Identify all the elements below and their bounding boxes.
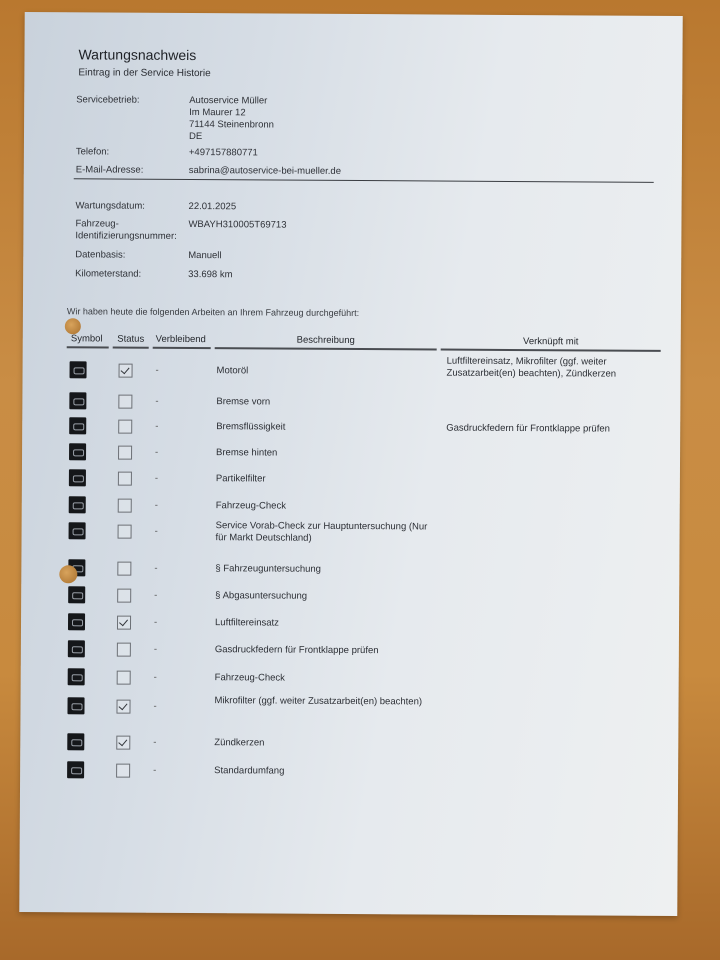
linked-items xyxy=(444,739,644,740)
standard-scope-icon xyxy=(67,761,84,778)
table-row: -§ Fahrzeuguntersuchung xyxy=(21,559,679,563)
status-checkbox[interactable] xyxy=(117,671,131,685)
header-symbol: Symbol xyxy=(67,333,107,344)
table-row: -MotorölLuftfiltereinsatz, Mikrofilter (… xyxy=(23,361,681,365)
mileage-value: 33.698 km xyxy=(188,269,232,281)
source-value: Manuell xyxy=(188,250,221,262)
gas-spring-icon xyxy=(68,640,85,657)
linked-items xyxy=(446,449,646,450)
linked-items xyxy=(445,619,645,620)
mileage-label: Kilometerstand: xyxy=(75,268,185,281)
document-subtitle: Eintrag in der Service Historie xyxy=(78,67,210,79)
work-intro: Wir haben heute die folgenden Arbeiten a… xyxy=(67,306,359,318)
table-row: -Fahrzeug-Check xyxy=(22,496,680,500)
description: § Abgasuntersuchung xyxy=(215,590,435,603)
linked-items xyxy=(444,767,644,768)
description: Mikrofilter (ggf. weiter Zusatzarbeit(en… xyxy=(215,695,435,708)
remaining-value: - xyxy=(153,765,156,776)
description: Motoröl xyxy=(217,365,437,378)
phone-value: +497157880771 xyxy=(189,147,258,159)
header-status: Status xyxy=(111,334,151,345)
service-record-sheet: Wartungsnachweis Eintrag in der Service … xyxy=(19,12,682,916)
header-remaining: Verbleibend xyxy=(151,334,211,345)
rear-brake-icon xyxy=(69,443,86,460)
remaining-value: - xyxy=(155,473,158,484)
remaining-value: - xyxy=(153,737,156,748)
remaining-value: - xyxy=(154,590,157,601)
engine-oil-icon xyxy=(70,361,87,378)
header-rule xyxy=(215,347,437,350)
linked-items xyxy=(446,475,646,476)
vehicle-check-icon xyxy=(68,668,85,685)
status-checkbox[interactable] xyxy=(117,562,131,576)
remaining-value: - xyxy=(155,421,158,432)
table-row: -Bremse hinten xyxy=(22,443,680,447)
vin-label: Fahrzeug- Identifizierungsnummer: xyxy=(75,218,185,243)
front-brake-icon xyxy=(69,392,86,409)
linked-items xyxy=(446,502,646,503)
status-checkbox[interactable] xyxy=(118,420,132,434)
table-row: -Fahrzeug-Check xyxy=(21,668,679,672)
vin-value: WBAYH310005T69713 xyxy=(188,219,286,232)
emissions-test-icon xyxy=(68,586,85,603)
remaining-value: - xyxy=(155,396,158,407)
header-rule xyxy=(153,347,211,349)
stain xyxy=(59,565,77,583)
work-table: -MotorölLuftfiltereinsatz, Mikrofilter (… xyxy=(25,12,683,16)
particle-filter-icon xyxy=(69,469,86,486)
stain xyxy=(65,318,81,334)
status-checkbox[interactable] xyxy=(118,525,132,539)
table-row: -Luftfiltereinsatz xyxy=(21,613,679,617)
table-row: -Standardumfang xyxy=(20,761,678,765)
remaining-value: - xyxy=(153,701,156,712)
table-row: -Service Vorab-Check zur Hauptuntersuchu… xyxy=(22,522,680,526)
linked-items xyxy=(445,592,645,593)
header-description: Beschreibung xyxy=(215,334,437,346)
table-row: -BremsflüssigkeitGasdruckfedern für Fron… xyxy=(22,417,680,421)
status-checkbox[interactable] xyxy=(118,395,132,409)
workshop-address: Autoservice Müller Im Maurer 12 71144 St… xyxy=(189,95,274,144)
status-checkbox[interactable] xyxy=(116,700,130,714)
description: Luftfiltereinsatz xyxy=(215,617,435,630)
description: Fahrzeug-Check xyxy=(215,672,435,685)
date-value: 22.01.2025 xyxy=(189,201,237,213)
linked-items xyxy=(446,398,646,399)
linked-items xyxy=(445,674,645,675)
description: Fahrzeug-Check xyxy=(216,500,436,513)
status-checkbox[interactable] xyxy=(119,364,133,378)
linked-items xyxy=(445,565,645,566)
remaining-value: - xyxy=(154,617,157,628)
email-value: sabrina@autoservice-bei-mueller.de xyxy=(189,165,341,178)
brake-fluid-icon xyxy=(69,417,86,434)
linked-items: Luftfiltereinsatz, Mikrofilter (ggf. wei… xyxy=(447,356,647,381)
status-checkbox[interactable] xyxy=(117,643,131,657)
remaining-value: - xyxy=(155,500,158,511)
description: Gasdruckfedern für Frontklappe prüfen xyxy=(215,644,435,657)
description: Bremsflüssigkeit xyxy=(216,421,436,434)
status-checkbox[interactable] xyxy=(118,472,132,486)
linked-items: Gasdruckfedern für Frontklappe prüfen xyxy=(446,423,646,436)
table-row: -§ Abgasuntersuchung xyxy=(21,586,679,590)
header-rule xyxy=(113,347,149,349)
linked-items xyxy=(445,646,645,647)
email-label: E-Mail-Adresse: xyxy=(76,164,186,177)
document-title: Wartungsnachweis xyxy=(78,46,196,63)
divider xyxy=(74,178,654,183)
description: Standardumfang xyxy=(214,765,434,778)
table-row: -Partikelfilter xyxy=(22,469,680,473)
vehicle-check-icon xyxy=(69,496,86,513)
table-row: -Gasdruckfedern für Frontklappe prüfen xyxy=(21,640,679,644)
status-checkbox[interactable] xyxy=(116,764,130,778)
linked-items xyxy=(446,528,646,529)
description: Service Vorab-Check zur Hauptuntersuchun… xyxy=(216,520,436,545)
status-checkbox[interactable] xyxy=(118,499,132,513)
microfilter-icon xyxy=(67,697,84,714)
description: Zündkerzen xyxy=(214,737,434,750)
status-checkbox[interactable] xyxy=(116,736,130,750)
header-linked: Verknüpft mit xyxy=(441,336,661,348)
description: Bremse hinten xyxy=(216,447,436,460)
remaining-value: - xyxy=(154,563,157,574)
table-row: -Bremse vorn xyxy=(22,392,680,396)
status-checkbox[interactable] xyxy=(117,589,131,603)
description: Bremse vorn xyxy=(216,396,436,409)
remaining-value: - xyxy=(154,644,157,655)
header-rule xyxy=(441,349,661,352)
phone-label: Telefon: xyxy=(76,146,186,159)
air-filter-icon xyxy=(68,613,85,630)
remaining-value: - xyxy=(155,447,158,458)
description: § Fahrzeuguntersuchung xyxy=(215,563,435,576)
status-checkbox[interactable] xyxy=(117,616,131,630)
remaining-value: - xyxy=(155,526,158,537)
inspection-precheck-icon xyxy=(69,522,86,539)
table-row: -Zündkerzen xyxy=(20,733,678,737)
remaining-value: - xyxy=(154,672,157,683)
header-rule xyxy=(67,346,109,348)
linked-items xyxy=(445,703,645,704)
table-row: -Mikrofilter (ggf. weiter Zusatzarbeit(e… xyxy=(21,697,679,701)
workshop-label: Servicebetrieb: xyxy=(76,94,186,107)
status-checkbox[interactable] xyxy=(118,446,132,460)
description: Partikelfilter xyxy=(216,473,436,486)
spark-plug-icon xyxy=(67,733,84,750)
remaining-value: - xyxy=(156,365,159,376)
date-label: Wartungsdatum: xyxy=(76,200,186,213)
source-label: Datenbasis: xyxy=(75,249,185,262)
